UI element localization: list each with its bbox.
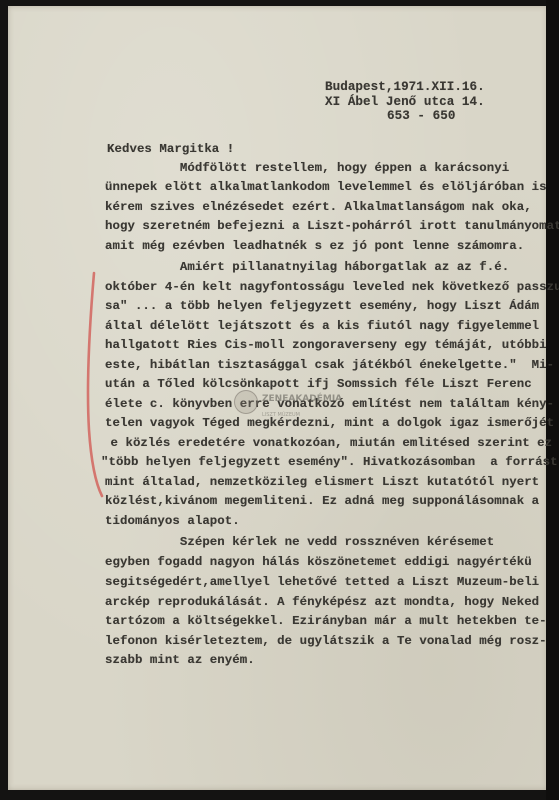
body-line: Módfölött restellem, hogy éppen a karács…: [105, 161, 509, 175]
body-line: ünnepek elött alkalmatlankodom levelemme…: [105, 180, 547, 194]
body-line: segitségedért,amellyel lehetővé tetted a…: [105, 575, 539, 589]
body-line: egyben fogadd nagyon hálás köszönetemet …: [105, 555, 532, 569]
body-line: Amiért pillanatnyilag háborgatlak az az …: [105, 260, 509, 274]
body-line: arckép reprodukálását. A fényképész azt …: [105, 595, 539, 609]
body-line: szabb mint az enyém.: [105, 653, 255, 667]
body-line: este, hibátlan tisztasággal csak játékbó…: [105, 358, 554, 372]
body-line: után a Tőled kölcsönkapott ifj Somssich …: [105, 377, 532, 391]
body-line: által délelött lejátszott és a kis fiutó…: [105, 319, 539, 333]
body-line: "több helyen feljegyzett esemény". Hivat…: [101, 455, 558, 469]
body-line: tartózom a költségekkel. Ezirányban már …: [105, 614, 547, 628]
body-line: hogy szeretném befejezni a Liszt-pohárró…: [105, 219, 559, 233]
body-line: amit még ezévben leadhatnék s ez jó pont…: [105, 239, 524, 253]
greeting: Kedves Margitka !: [107, 142, 234, 156]
body-line: tidományos alapot.: [105, 514, 240, 528]
body-line: hallgatott Ries Cis-moll zongoraverseny …: [105, 338, 547, 352]
header-address: XI Ábel Jenő utca 14.: [325, 95, 485, 109]
header-place-date: Budapest,1971.XII.16.: [325, 80, 485, 94]
body-line: e közlés eredetére vonatkozóan, miután e…: [103, 436, 552, 450]
body-line: mint általad, nemzetközileg elismert Lis…: [105, 475, 539, 489]
body-line: október 4-én kelt nagyfontosságu leveled…: [105, 280, 559, 294]
body-line: lefonon kisérleteztem, de ugylátszik a T…: [105, 634, 547, 648]
body-line: sa" ... a több helyen feljegyzett esemén…: [105, 299, 539, 313]
body-line: élete c. könyvben erre vonatkozó említés…: [105, 397, 554, 411]
body-line: kérem szives elnézésedet ezért. Alkalmat…: [105, 200, 532, 214]
body-line: Szépen kérlek ne vedd rossznéven kérésem…: [105, 535, 494, 549]
body-line: közlést,kivánom megemliteni. Ez adná meg…: [105, 494, 539, 508]
header-phone: 653 - 650: [387, 109, 455, 123]
body-line: telen vagyok Téged megkérdezni, mint a d…: [105, 416, 554, 430]
